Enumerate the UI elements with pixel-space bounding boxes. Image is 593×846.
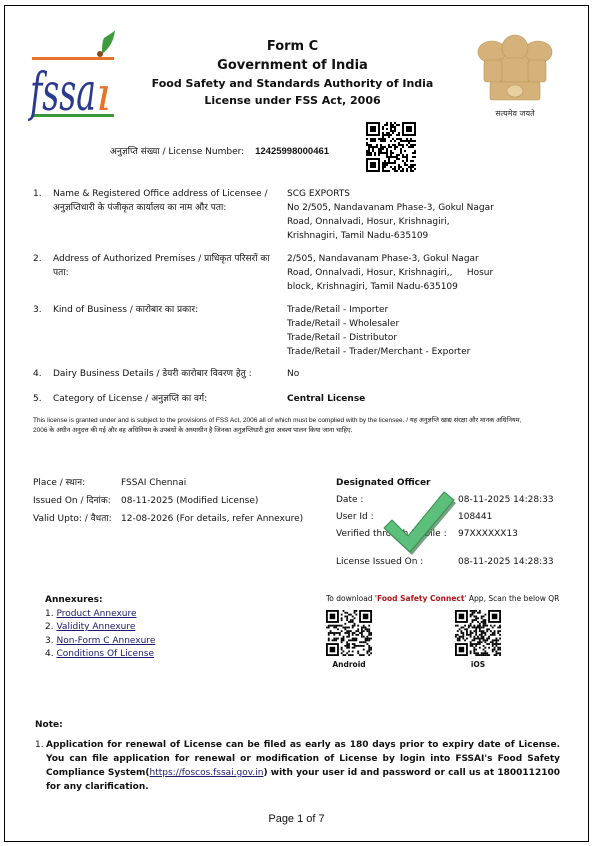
designated-officer-block: Designated Officer Date :08-11-2025 14:2…	[336, 474, 586, 571]
item-label: Name & Registered Office address of Lice…	[53, 187, 273, 215]
foscos-link[interactable]: https://foscos.fssai.gov.in	[150, 768, 264, 778]
item-number: 4.	[33, 367, 51, 381]
caption-suffix: ' App, Scan the below QR	[464, 594, 559, 603]
address-line: Road, Onnalvadi, Hosur, Krishnagiri,, Ho…	[287, 266, 547, 280]
item-label: Address of Authorized Premises / प्राधिक…	[53, 252, 273, 280]
app-download-caption: To download 'Food Safety Connect' App, S…	[326, 594, 566, 603]
document-header: Form C Government of India Food Safety a…	[130, 38, 455, 109]
fssai-logo: fssa ı	[28, 30, 118, 122]
note-text: Application for renewal of License can b…	[46, 738, 560, 794]
date-value: 08-11-2025 14:28:33	[458, 492, 554, 509]
license-category: Central License	[287, 392, 547, 406]
svg-text:ı: ı	[96, 67, 111, 121]
item-value: No	[287, 367, 547, 381]
caption-prefix: To download '	[326, 594, 377, 603]
ios-label: iOS	[455, 660, 501, 669]
item-label: Kind of Business / कारोबार का प्रकार:	[53, 303, 273, 317]
license-number-label: अनुज्ञप्ति संख्या / License Number:	[110, 147, 244, 157]
note-item: 1. Application for renewal of License ca…	[35, 738, 560, 794]
dairy-value: No	[287, 367, 547, 381]
android-qr-code[interactable]	[326, 610, 372, 656]
item-number: 3.	[33, 303, 51, 317]
license-issued-value: 08-11-2025 14:28:33	[458, 554, 554, 571]
note-number: 1.	[35, 738, 46, 794]
annexure-number: 1.	[45, 609, 54, 619]
svg-text:सत्यमेव जयते: सत्यमेव जयते	[495, 108, 535, 118]
annexure-item: 1. Product Annexure	[45, 608, 155, 622]
business-kind: Trade/Retail - Trader/Merchant - Exporte…	[287, 345, 547, 359]
business-kind: Trade/Retail - Distributor	[287, 331, 547, 345]
address-line: No 2/505, Nandavanam Phase-3, Gokul Naga…	[287, 201, 547, 215]
verified-check-icon	[378, 484, 458, 564]
note-section: Note: 1. Application for renewal of Lice…	[35, 718, 560, 794]
officer-title: Designated Officer	[336, 474, 586, 492]
state-emblem: सत्यमेव जयते	[470, 30, 560, 122]
item-value: Central License	[287, 392, 547, 406]
issued-label: Issued On / दिनांक:	[33, 492, 121, 510]
conditions-of-license-link[interactable]: Conditions Of License	[56, 649, 154, 659]
userid-value: 108441	[458, 509, 492, 526]
annexure-number: 3.	[45, 636, 54, 646]
license-number-row: अनुज्ञप्ति संख्या / License Number: 1242…	[110, 144, 329, 157]
issued-value: 08-11-2025 (Modified License)	[121, 492, 258, 510]
licensee-name: SCG EXPORTS	[287, 187, 547, 201]
ios-qr-block: iOS	[455, 610, 501, 682]
android-label: Android	[326, 660, 372, 669]
annexure-item: 3. Non-Form C Annexure	[45, 635, 155, 649]
annexures-list: Annexures: 1. Product Annexure 2. Validi…	[45, 594, 155, 662]
place-block: Place / स्थान:FSSAI Chennai Issued On / …	[33, 474, 303, 528]
annexure-number: 2.	[45, 622, 54, 632]
valid-label: Valid Upto: / वैधता:	[33, 510, 121, 528]
address-line: 2/505, Nandavanam Phase-3, Gokul Nagar	[287, 252, 547, 266]
business-kind: Trade/Retail - Wholesaler	[287, 317, 547, 331]
item-number: 2.	[33, 252, 51, 266]
android-qr-block: Android	[326, 610, 372, 682]
item-label: Dairy Business Details / डेयरी कारोबार व…	[53, 367, 293, 381]
form-title: Form C	[130, 38, 455, 56]
valid-value: 12-08-2026 (For details, refer Annexure)	[121, 510, 303, 528]
verified-value: 97XXXXXX13	[458, 526, 518, 543]
business-kind: Trade/Retail - Importer	[287, 303, 547, 317]
annexures-title: Annexures:	[45, 594, 155, 608]
address-line: block, Krishnagiri, Tamil Nadu-635109	[287, 280, 547, 294]
item-value: Trade/Retail - Importer Trade/Retail - W…	[287, 303, 547, 359]
product-annexure-link[interactable]: Product Annexure	[56, 609, 136, 619]
ios-qr-code[interactable]	[455, 610, 501, 656]
place-label: Place / स्थान:	[33, 474, 121, 492]
app-brand-name: Food Safety Connect	[377, 594, 464, 603]
government-title: Government of India	[130, 56, 455, 75]
license-qr-code	[366, 122, 416, 172]
license-number-value: 12425998000461	[255, 146, 329, 157]
act-title: License under FSS Act, 2006	[130, 92, 455, 109]
annexure-item: 4. Conditions Of License	[45, 648, 155, 662]
disclaimer-text: This license is granted under and is sub…	[33, 416, 533, 436]
page-indicator: Page 1 of 7	[0, 813, 593, 825]
svg-text:fssa: fssa	[28, 63, 96, 122]
annexure-number: 4.	[45, 649, 54, 659]
validity-annexure-link[interactable]: Validity Annexure	[56, 622, 135, 632]
address-line: Krishnagiri, Tamil Nadu-635109	[287, 229, 547, 243]
address-line: Road, Onnalvadi, Hosur, Krishnagiri,	[287, 215, 547, 229]
note-title: Note:	[35, 718, 560, 732]
item-value: SCG EXPORTS No 2/505, Nandavanam Phase-3…	[287, 187, 547, 243]
item-label: Category of License / अनुज्ञप्ति का वर्ग…	[53, 392, 273, 406]
place-value: FSSAI Chennai	[121, 474, 186, 492]
item-value: 2/505, Nandavanam Phase-3, Gokul Nagar R…	[287, 252, 547, 294]
authority-title: Food Safety and Standards Authority of I…	[130, 75, 455, 92]
non-form-c-annexure-link[interactable]: Non-Form C Annexure	[56, 636, 155, 646]
item-number: 1.	[33, 187, 51, 201]
item-number: 5.	[33, 392, 51, 406]
annexure-item: 2. Validity Annexure	[45, 621, 155, 635]
